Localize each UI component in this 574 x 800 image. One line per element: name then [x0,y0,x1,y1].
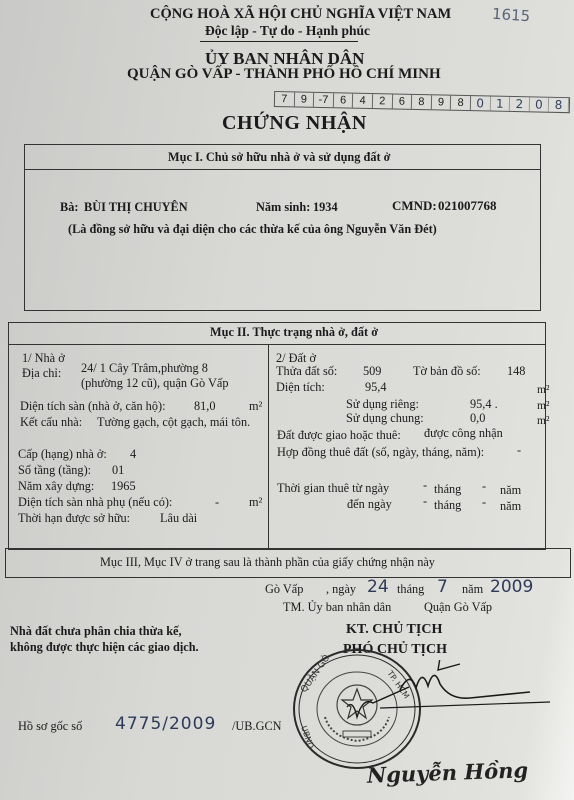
serial-handwritten-digit: 2 [510,97,530,111]
serial-digit: 8 [412,95,432,109]
lease-from-day: - [423,478,427,493]
serial-digit: 9 [432,95,452,109]
serial-handwritten-digit: 0 [471,96,491,110]
floors-value: 01 [112,463,124,478]
parcel-value: 509 [363,364,381,379]
national-motto: Độc lập - Tự do - Hạnh phúc [205,23,370,39]
serial-digit: 8 [451,96,471,110]
district-name: QUẬN GÒ VẤP - THÀNH PHỐ HỒ CHÍ MINH [127,66,441,83]
aux-area-value: - [215,495,219,510]
owner-prefix: Bà: [60,200,78,215]
section-2-column-divider [268,344,269,549]
record-label: Hồ sơ gốc số [18,719,82,734]
lease-from-month-label: tháng [434,482,461,497]
lease-from-year-label: năm [500,483,521,498]
record-suffix: /UB.GCN [232,719,282,734]
signer-name: Nguyễn Hồng [367,757,529,788]
built-year-value: 1965 [111,479,136,494]
restriction-note-line-2: không được thực hiện các giao dịch. [10,640,199,655]
id-label: CMND: [392,198,437,214]
parcel-label: Thửa đất số: [276,364,337,379]
record-number: 4775/2009 [115,714,216,734]
ownership-term-value: Lâu dài [160,511,197,526]
motto-underline [200,41,358,42]
serial-digit: 9 [294,92,314,106]
aux-area-label: Diện tích sàn nhà phụ (nếu có): [18,495,172,510]
lease-from-label: Thời gian thuê từ ngày [277,481,389,496]
serial-digit: -7 [314,93,334,107]
birth-year-label: Năm sinh: [256,200,310,215]
footer-note: Mục III, Mục IV ở trang sau là thành phầ… [100,555,435,570]
floor-area-unit: m² [249,399,262,414]
lease-from-month: - [482,479,486,494]
lease-contract-label: Hợp đồng thuê đất (số, ngày, tháng, năm)… [277,445,484,460]
floor-area-value: 81,0 [194,399,216,414]
shared-use-value: 0,0 [470,411,485,426]
svg-text:QUẬN GÒ: QUẬN GÒ [298,652,333,695]
floor-area-label: Diện tích sàn (nhà ở, căn hộ): [20,399,165,414]
land-area-label: Diện tích: [276,380,325,395]
serial-digit: 6 [334,93,354,107]
house-heading: 1/ Nhà ở [22,351,65,366]
map-sheet-label: Tờ bản đồ số: [413,364,481,379]
serial-digit: 6 [392,94,412,108]
aux-area-unit: m² [249,495,262,510]
signer-role-1: KT. CHỦ TỊCH [346,622,442,638]
serial-digit: 4 [353,94,373,108]
built-year-label: Năm xây dựng: [18,479,94,494]
serial-digit: 7 [275,92,295,106]
id-number: 021007768 [438,198,497,214]
address-label: Địa chỉ: [22,366,61,381]
signature-icon [380,660,570,730]
national-title: CỘNG HOÀ XÃ HỘI CHỦ NGHĨA VIỆT NAM [150,6,451,23]
signing-year: 2009 [490,577,533,597]
owner-name: BÙI THỊ CHUYÊN [84,200,188,215]
lease-to-year-label: năm [500,499,521,514]
land-area-unit: m² [537,384,549,396]
shared-use-unit: m² [537,415,549,427]
house-grade-label: Cấp (hạng) nhà ở: [18,447,107,462]
lease-to-month: - [482,495,486,510]
serial-handwritten-digit: 1 [490,97,510,111]
on-behalf-district: Quận Gò Vấp [424,600,492,615]
allocation-value: được công nhận [424,426,503,441]
section-1-header-divider [24,169,541,170]
section-2-heading: Mục II. Thực trạng nhà ở, đất ở [210,325,378,340]
serial-handwritten-digit: 0 [530,97,550,111]
private-use-value: 95,4 . [470,397,498,412]
handwritten-corner-note: 1615 [491,5,530,26]
signing-year-label: năm [462,582,483,597]
floors-label: Số tầng (tầng): [18,463,91,478]
ownership-note: (Là đồng sở hữu và đại diện cho các thừa… [68,222,437,237]
private-use-label: Sử dụng riêng: [346,397,419,412]
signing-day-label: , ngày [326,582,356,597]
address-line-1: 24/ 1 Cây Trâm,phường 8 [81,361,208,376]
lease-contract-value: - [517,443,521,458]
map-sheet-value: 148 [507,364,525,379]
signing-place: Gò Vấp [265,582,303,597]
allocation-label: Đất được giao hoặc thuê: [277,428,401,443]
on-behalf-of: TM. Ủy ban nhân dân [283,600,391,615]
birth-year-value: 1934 [313,200,338,215]
land-area-value: 95,4 [365,380,387,395]
document-title: CHỨNG NHẬN [222,112,367,135]
shared-use-label: Sử dụng chung: [346,411,424,426]
structure-label: Kết cấu nhà: [20,415,82,430]
lease-to-label: đến ngày [347,497,392,512]
section-2-header-divider [8,344,546,345]
serial-handwritten-digit: 8 [549,98,569,112]
certificate-serial-number: 7 9 -7 6 4 2 6 8 9 8 0 1 2 0 8 [274,91,570,113]
ownership-term-label: Thời hạn được sở hữu: [18,511,130,526]
address-line-2: (phường 12 cũ), quận Gò Vấp [81,376,229,391]
signing-day: 24 [367,577,389,597]
house-grade-value: 4 [130,447,136,462]
section-1-heading: Mục I. Chủ sở hữu nhà ở và sử dụng đất ở [168,150,390,165]
signing-month-label: tháng [397,582,424,597]
lease-to-day: - [423,494,427,509]
lease-to-month-label: tháng [434,498,461,513]
signing-month: 7 [437,577,448,597]
serial-digit: 2 [373,94,393,108]
private-use-unit: m² [537,400,549,412]
restriction-note-line-1: Nhà đất chưa phân chia thừa kế, [10,624,182,639]
structure-value: Tường gạch, cột gạch, mái tôn. [97,415,250,430]
